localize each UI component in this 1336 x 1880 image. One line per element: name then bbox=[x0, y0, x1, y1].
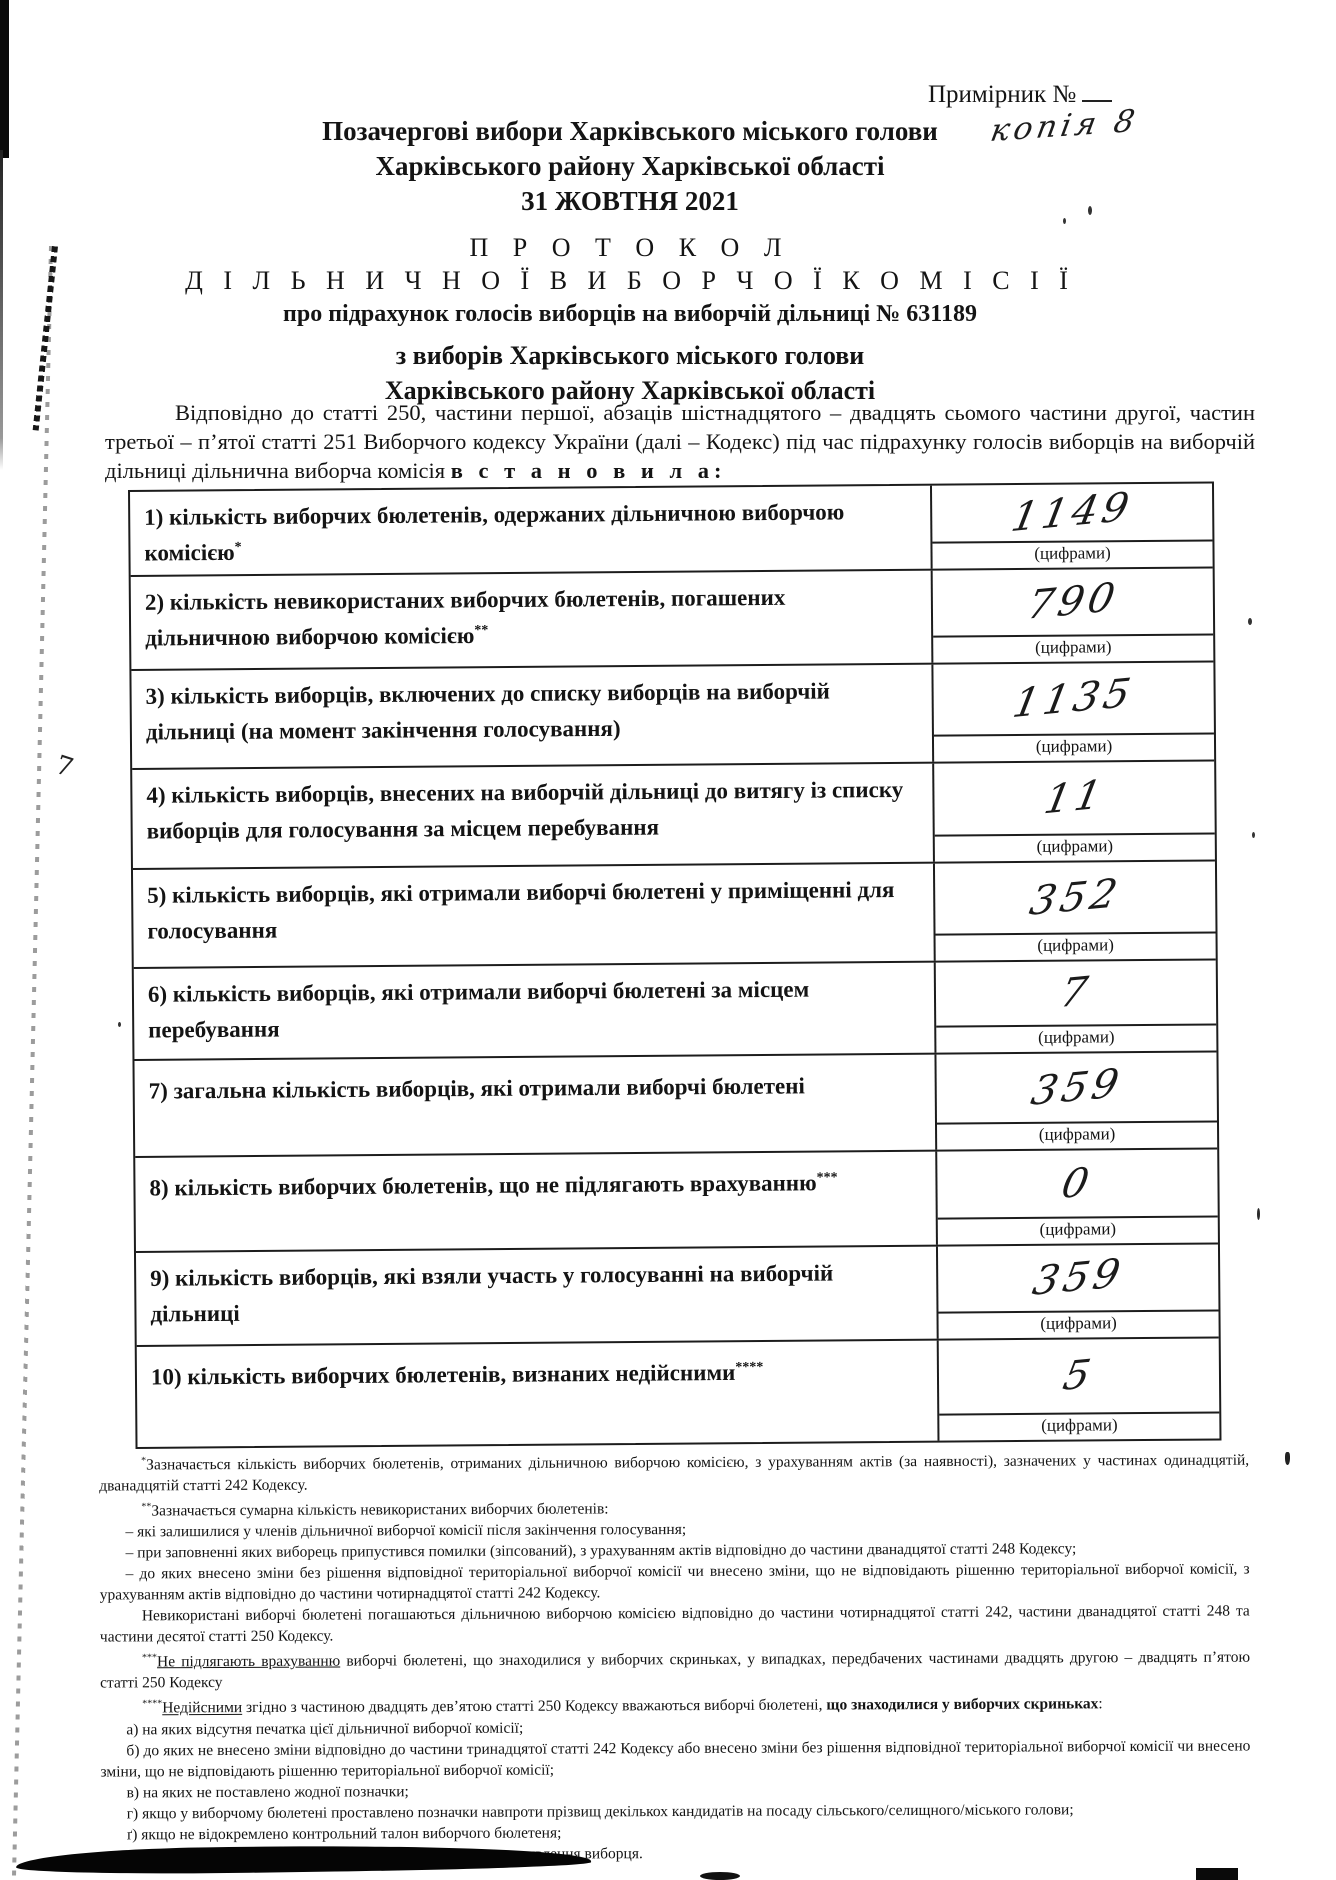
row-label: 4) кількість виборців, внесених на вибор… bbox=[132, 763, 933, 867]
footnote-4-intro: ****Недійсними згідно з частиною двадцят… bbox=[100, 1689, 1250, 1719]
row-label-text: 8) кількість виборчих бюлетенів, що не п… bbox=[149, 1170, 816, 1200]
digits-caption: (цифрами) bbox=[932, 539, 1212, 568]
copy-number-blank bbox=[1082, 80, 1112, 102]
handwritten-tick-mark: 7 bbox=[52, 750, 77, 784]
protocol-heading-block: П Р О Т О К О Л Д І Л Ь Н И Ч Н О Ї В И … bbox=[0, 232, 1260, 331]
footnote-4-marker: **** bbox=[142, 1699, 162, 1710]
row-label-text: 4) кількість виборців, внесених на вибор… bbox=[146, 777, 903, 844]
title-line-3: 31 ЖОВТНЯ 2021 bbox=[0, 184, 1260, 219]
row-label-text: 6) кількість виборців, які отримали вибо… bbox=[148, 976, 809, 1042]
row-label: 6) кількість виборців, які отримали вибо… bbox=[134, 962, 935, 1058]
table-row: 4) кількість виборців, внесених на вибор… bbox=[132, 761, 1215, 869]
row-value-cell: 7 (цифрами) bbox=[934, 960, 1217, 1052]
digits-caption: (цифрами) bbox=[938, 1215, 1218, 1244]
footnote-3: ***Не підлягають врахуванню виборчі бюле… bbox=[100, 1643, 1250, 1694]
handwritten-value: 5 bbox=[1060, 1351, 1099, 1400]
row-label-text: 7) загальна кількість виборців, які отри… bbox=[149, 1073, 805, 1103]
results-table: 1) кількість виборчих бюлетенів, одержан… bbox=[128, 481, 1221, 1448]
ink-smear-bottom-small bbox=[700, 1872, 740, 1880]
digits-caption: (цифрами) bbox=[939, 1411, 1219, 1440]
binding-perforation-marks bbox=[12, 246, 53, 1876]
footnote-4-colon: : bbox=[1098, 1696, 1102, 1713]
row-label-text: 2) кількість невикористаних виборчих бюл… bbox=[145, 584, 786, 650]
footnote-marker: * bbox=[235, 540, 242, 555]
handwritten-value: 352 bbox=[1026, 870, 1125, 924]
intro-paragraph: Відповідно до статті 250, частини першої… bbox=[105, 398, 1255, 485]
footnote-1: *Зазначається кількість виборчих бюлетен… bbox=[99, 1445, 1249, 1496]
handwritten-value: 7 bbox=[1057, 968, 1096, 1017]
footnote-1-text: Зазначається кількість виборчих бюлетені… bbox=[99, 1452, 1249, 1495]
handwritten-value: 1149 bbox=[1008, 484, 1137, 541]
footnote-3-underlined: Не підлягають врахуванню bbox=[157, 1653, 340, 1671]
footnote-4-middle: згідно з частиною двадцять дев’ятою стат… bbox=[242, 1697, 826, 1717]
copy-number-line: Примірник № bbox=[928, 80, 1112, 109]
digits-caption: (цифрами) bbox=[934, 732, 1214, 761]
table-row: 9) кількість виборців, які взяли участь … bbox=[136, 1244, 1219, 1346]
digits-caption: (цифрами) bbox=[936, 1023, 1216, 1052]
footnote-2-outro: Невикористані виборчі бюлетені погашають… bbox=[100, 1601, 1250, 1648]
title-line-2: Харківського району Харківської області bbox=[0, 149, 1260, 184]
footnote-marker: ** bbox=[474, 623, 488, 638]
footnote-4-item: б) до яких не внесено зміни відповідно д… bbox=[100, 1735, 1250, 1782]
table-row: 3) кількість виборців, включених до спис… bbox=[131, 662, 1214, 769]
table-row: 10) кількість виборчих бюлетенів, визнан… bbox=[137, 1338, 1220, 1446]
row-label: 2) кількість невикористаних виборчих бюл… bbox=[131, 570, 932, 668]
row-label: 10) кількість виборчих бюлетенів, визнан… bbox=[137, 1340, 938, 1446]
row-value-cell: 1149 (цифрами) bbox=[930, 483, 1213, 568]
row-value-cell: 790 (цифрами) bbox=[931, 568, 1214, 662]
row-label-text: 5) кількість виборців, які отримали вибо… bbox=[147, 877, 894, 944]
row-label-text: 1) кількість виборчих бюлетенів, одержан… bbox=[144, 499, 844, 565]
document-title-block: Позачергові вибори Харківського міського… bbox=[0, 114, 1260, 219]
footnote-marker: **** bbox=[735, 1360, 763, 1375]
table-row: 2) кількість невикористаних виборчих бюл… bbox=[131, 568, 1214, 670]
digits-caption: (цифрами) bbox=[935, 832, 1215, 861]
commission-heading: Д І Л Ь Н И Ч Н О Ї В И Б О Р Ч О Ї К О … bbox=[0, 264, 1260, 298]
scan-speck bbox=[1248, 618, 1252, 625]
handwritten-value: 359 bbox=[1029, 1251, 1128, 1305]
scan-speck bbox=[118, 1022, 121, 1027]
row-value-cell: 359 (цифрами) bbox=[934, 1052, 1217, 1149]
footnote-2-item: – до яких внесено зміни без рішення відп… bbox=[100, 1559, 1250, 1606]
scan-speck bbox=[1257, 1208, 1260, 1220]
footnote-4-item: д) якщо з інших причин неможливо встанов… bbox=[101, 1840, 1251, 1866]
footnote-4-bold: що знаходилися у виборчих скриньках bbox=[826, 1696, 1098, 1714]
row-label-text: 3) кількість виборців, включених до спис… bbox=[146, 678, 830, 744]
table-row: 8) кількість виборчих бюлетенів, що не п… bbox=[135, 1149, 1218, 1252]
digits-caption: (цифрами) bbox=[937, 1120, 1217, 1149]
intro-bold-tail: в с т а н о в и л а: bbox=[451, 458, 727, 483]
copy-number-label: Примірник № bbox=[928, 81, 1076, 108]
row-value-cell: 0 (цифрами) bbox=[935, 1149, 1218, 1244]
election-line-1: з виборів Харківського міського голови bbox=[0, 338, 1260, 373]
digits-caption: (цифрами) bbox=[936, 931, 1216, 960]
row-value-cell: 5 (цифрами) bbox=[937, 1338, 1220, 1440]
row-label: 5) кількість виборців, які отримали вибо… bbox=[133, 863, 934, 966]
title-line-1: Позачергові вибори Харківського міського… bbox=[0, 114, 1260, 149]
table-row: 6) кількість виборців, які отримали вибо… bbox=[134, 960, 1217, 1060]
protocol-heading: П Р О Т О К О Л bbox=[0, 232, 1260, 264]
footnote-marker: *** bbox=[817, 1170, 838, 1185]
scan-speck bbox=[1252, 832, 1255, 838]
ink-smear-bottom-right bbox=[1196, 1868, 1238, 1880]
station-line: про підрахунок голосів виборців на вибор… bbox=[0, 298, 1260, 331]
row-value-cell: 359 (цифрами) bbox=[936, 1244, 1219, 1338]
row-value-cell: 11 (цифрами) bbox=[932, 761, 1215, 861]
handwritten-value: 359 bbox=[1027, 1060, 1126, 1114]
row-label: 7) загальна кількість виборців, які отри… bbox=[134, 1054, 935, 1155]
scanned-protocol-page: Примірник № копія 8 Позачергові вибори Х… bbox=[0, 0, 1336, 1880]
row-label-text: 9) кількість виборців, які взяли участь … bbox=[150, 1260, 833, 1326]
footnote-2-intro-text: Зазначається сумарна кількість невикорис… bbox=[151, 1501, 608, 1520]
digits-caption: (цифрами) bbox=[938, 1309, 1218, 1338]
footnote-3-marker: *** bbox=[142, 1653, 157, 1664]
footnote-4-underlined: Недійсними bbox=[162, 1700, 242, 1717]
row-label: 3) кількість виборців, включених до спис… bbox=[131, 664, 932, 767]
scan-speck bbox=[1285, 1452, 1290, 1465]
row-label: 1) кількість виборчих бюлетенів, одержан… bbox=[130, 486, 931, 575]
row-value-cell: 1135 (цифрами) bbox=[931, 662, 1214, 761]
handwritten-value: 11 bbox=[1040, 772, 1109, 824]
row-value-cell: 352 (цифрами) bbox=[933, 861, 1216, 960]
handwritten-value: 790 bbox=[1023, 575, 1122, 629]
table-row: 5) кількість виборців, які отримали вибо… bbox=[133, 861, 1216, 968]
handwritten-value: 0 bbox=[1058, 1159, 1097, 1208]
row-label: 9) кількість виборців, які взяли участь … bbox=[136, 1246, 937, 1344]
table-row: 7) загальна кількість виборців, які отри… bbox=[134, 1052, 1217, 1157]
digits-caption: (цифрами) bbox=[933, 633, 1213, 662]
handwritten-value: 1135 bbox=[1009, 670, 1138, 727]
footnote-2-marker: ** bbox=[141, 1501, 151, 1512]
row-label: 8) кількість виборчих бюлетенів, що не п… bbox=[135, 1151, 936, 1250]
row-label-text: 10) кількість виборчих бюлетенів, визнан… bbox=[151, 1360, 736, 1390]
table-row: 1) кількість виборчих бюлетенів, одержан… bbox=[130, 483, 1213, 576]
footnotes-block: *Зазначається кількість виборчих бюлетен… bbox=[99, 1445, 1251, 1866]
